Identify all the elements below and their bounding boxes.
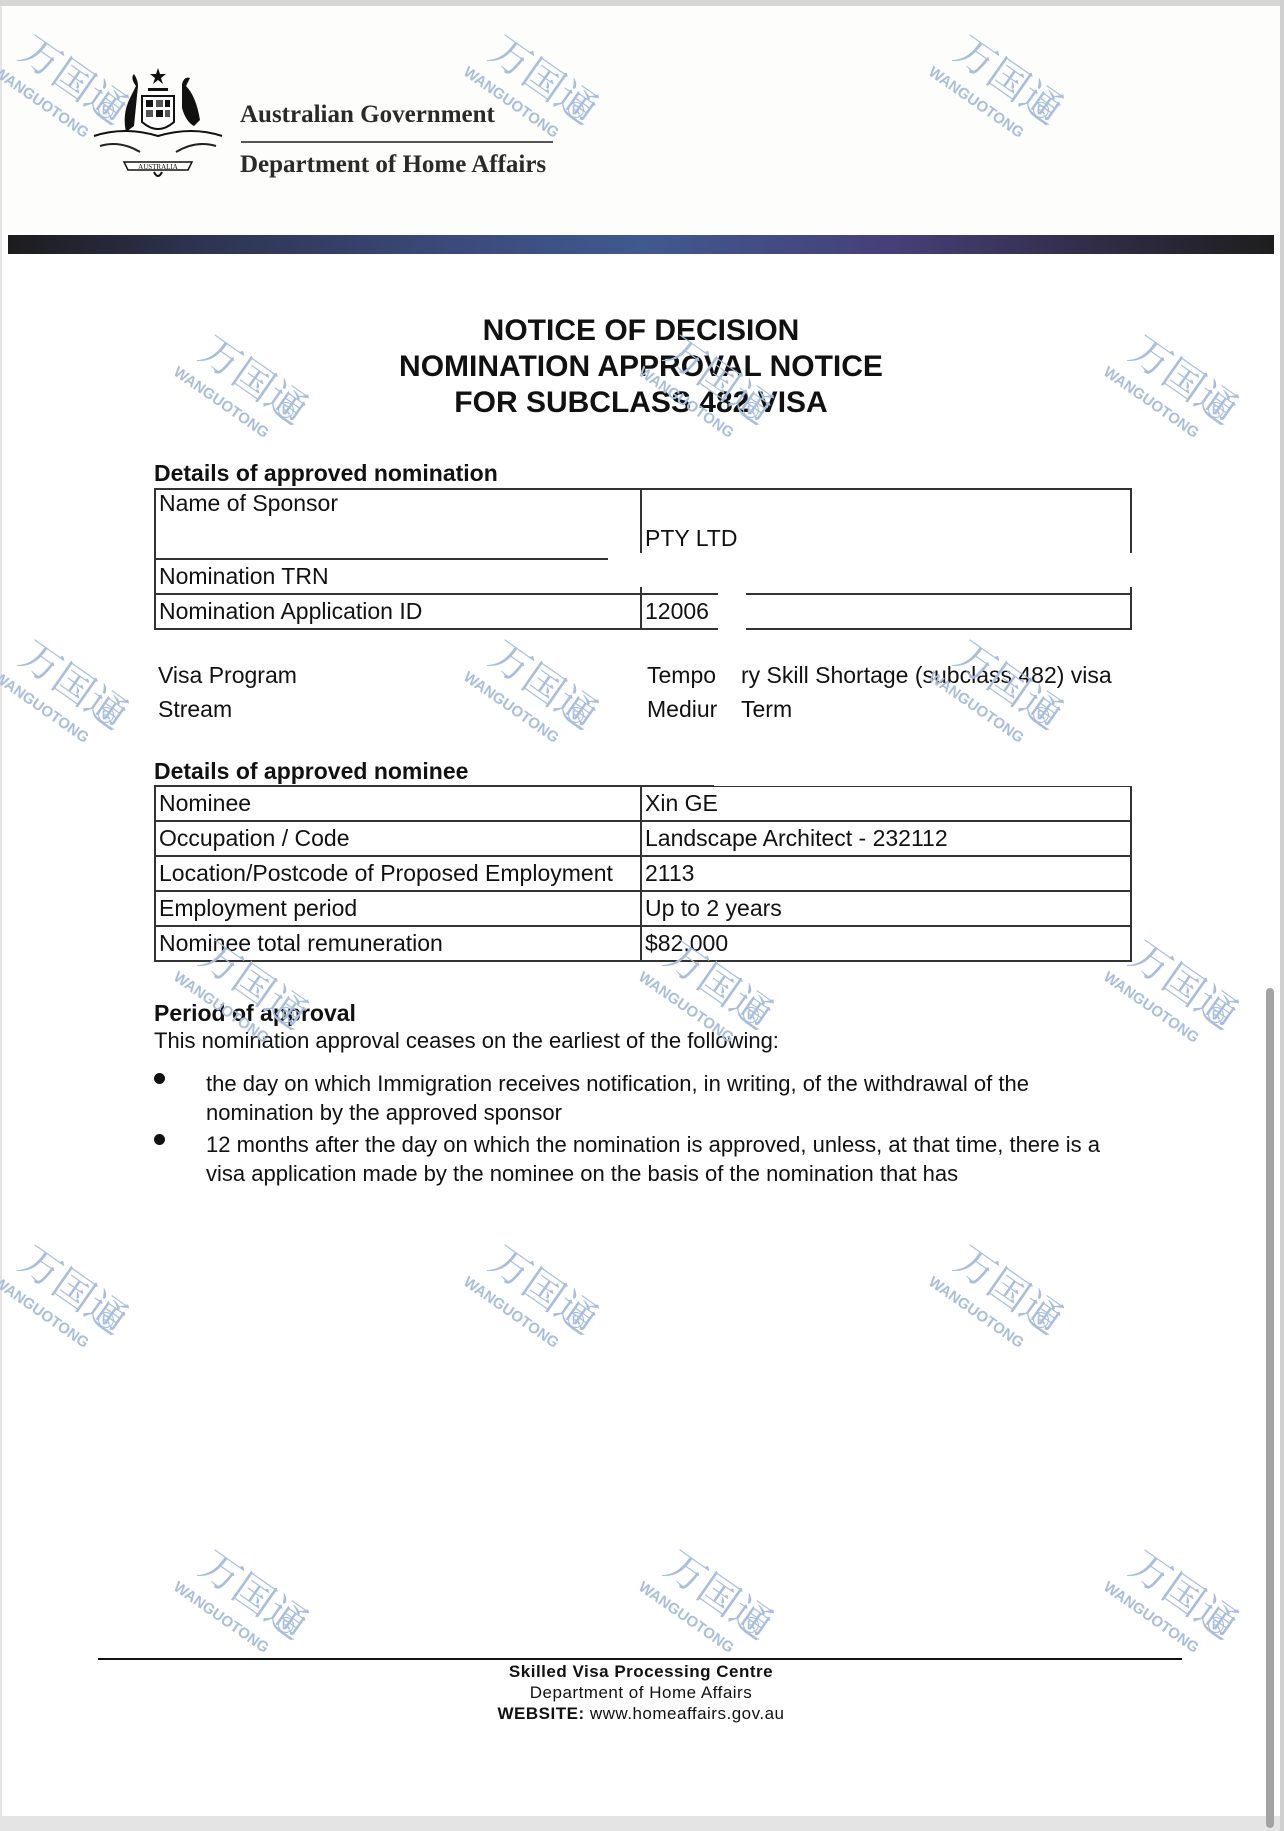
row-value: 2113 xyxy=(641,856,1131,891)
redaction xyxy=(714,778,1134,786)
nomination-heading: Details of approved nomination xyxy=(154,460,498,487)
svg-text:AUSTRALIA: AUSTRALIA xyxy=(138,163,178,171)
visa-program-value-b: ry Skill Shortage (subclass 482) visa xyxy=(741,662,1112,689)
department-name: Department of Home Affairs xyxy=(240,151,546,179)
window-edge xyxy=(1280,0,1284,1831)
bullet-icon xyxy=(154,1073,165,1084)
stream-value-b: Term xyxy=(741,696,792,723)
row-value: Landscape Architect - 232112 xyxy=(641,821,1131,856)
website-link[interactable]: www.homeaffairs.gov.au xyxy=(590,1704,785,1723)
letterhead: AUSTRALIA Australian Government Departme… xyxy=(2,6,1280,234)
table-row: Occupation / Code Landscape Architect - … xyxy=(155,821,1131,856)
table-row: Nominee Xin GE xyxy=(155,786,1131,821)
stream-value-a: Mediur xyxy=(647,696,717,723)
nominee-table: Nominee Xin GE Occupation / Code Landsca… xyxy=(154,785,1132,962)
approval-intro: This nomination approval ceases on the e… xyxy=(154,1028,779,1054)
row-label: Nominee xyxy=(155,786,641,821)
table-row: Nominee total remuneration $82,000 xyxy=(155,926,1131,961)
vertical-scrollbar[interactable] xyxy=(1266,988,1274,1828)
redaction xyxy=(1132,778,1140,806)
title-line-2: NOMINATION APPROVAL NOTICE xyxy=(2,350,1280,384)
row-value: Up to 2 years xyxy=(641,891,1131,926)
row-label: Name of Sponsor xyxy=(155,489,641,559)
footer-divider xyxy=(98,1658,1182,1660)
row-label: Nomination TRN xyxy=(155,559,641,594)
header-color-band xyxy=(8,235,1274,254)
approval-heading: Period of approval xyxy=(154,1000,356,1027)
redaction xyxy=(718,592,746,632)
visa-program-value-a: Tempo xyxy=(647,662,716,689)
row-label: Nominee total remuneration xyxy=(155,926,641,961)
row-value: $82,000 xyxy=(641,926,1131,961)
australian-coat-of-arms-icon: AUSTRALIA xyxy=(84,66,232,186)
title-line-3: FOR SUBCLASS 482 VISA xyxy=(2,386,1280,420)
visa-program-label: Visa Program xyxy=(158,662,297,689)
row-value: 12006 xyxy=(641,594,1131,629)
government-name: Australian Government xyxy=(240,101,495,129)
website-label: WEBSITE: xyxy=(498,1704,585,1723)
table-row: Employment period Up to 2 years xyxy=(155,891,1131,926)
footer-centre: Skilled Visa Processing Centre xyxy=(2,1662,1280,1682)
bullet-icon xyxy=(154,1134,165,1145)
row-label: Location/Postcode of Proposed Employment xyxy=(155,856,641,891)
redaction xyxy=(647,491,1129,519)
row-label: Employment period xyxy=(155,891,641,926)
footer-website: WEBSITE: www.homeaffairs.gov.au xyxy=(2,1704,1280,1724)
nominee-heading: Details of approved nominee xyxy=(154,758,468,785)
footer-department: Department of Home Affairs xyxy=(2,1683,1280,1703)
table-row: Location/Postcode of Proposed Employment… xyxy=(155,856,1131,891)
stream-label: Stream xyxy=(158,696,232,723)
document-page: AUSTRALIA Australian Government Departme… xyxy=(2,6,1280,1816)
letterhead-divider xyxy=(241,141,553,143)
table-row: Nomination Application ID 12006 xyxy=(155,594,1131,629)
row-label: Occupation / Code xyxy=(155,821,641,856)
title-line-1: NOTICE OF DECISION xyxy=(2,314,1280,348)
redaction xyxy=(608,553,1138,587)
row-value: Xin GE xyxy=(641,786,1131,821)
row-label: Nomination Application ID xyxy=(155,594,641,629)
